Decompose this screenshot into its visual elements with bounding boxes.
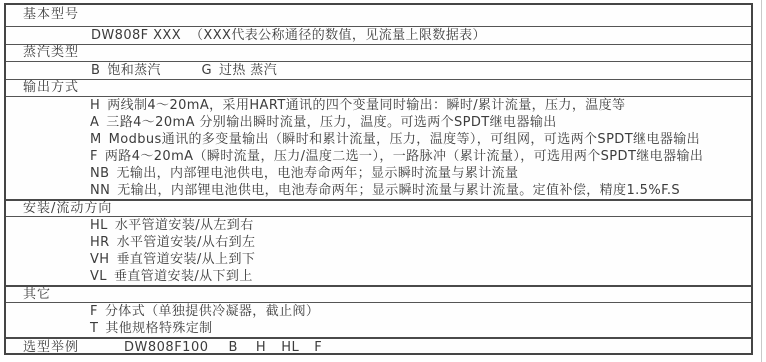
section-header-label: 输出方式	[23, 80, 79, 95]
option-desc: 过热 蒸汽	[219, 63, 277, 78]
steam-option: B饱和蒸汽	[91, 63, 161, 78]
other-option-row: F分体式（单独提供冷凝器，截止阀）	[6, 303, 751, 320]
other-options-block: F分体式（单独提供冷凝器，截止阀） T其他规格特殊定制	[6, 303, 751, 337]
example-part: H	[256, 341, 266, 354]
installation-option-row: HL水平管道安装/从左到右	[6, 217, 751, 234]
option-desc: 三路4～20mA 分别输出瞬时流量，压力，温度。可选两个SPDT继电器输出	[106, 115, 556, 130]
option-desc: 两线制4～20mA，采用HART通讯的四个变量同时输出：瞬时/累计流量，压力，温…	[107, 98, 625, 113]
model-selection-table: 基本型号 DW808F XXX（XXX代表公称通径的数值，见流量上限数据表） 蒸…	[4, 3, 753, 355]
example-label: 选型举例	[23, 341, 79, 354]
section-header-output-mode: 输出方式	[6, 80, 751, 97]
basic-model-row: DW808F XXX（XXX代表公称通径的数值，见流量上限数据表）	[6, 27, 751, 45]
option-code: NN	[90, 183, 110, 198]
example-part: F	[314, 341, 322, 354]
scan-edge-line	[761, 0, 762, 362]
section-header-label: 蒸汽类型	[23, 45, 79, 60]
option-desc: 无输出，内部锂电池供电，电池寿命两年；显示瞬时流量与累计流量。定值补偿，精度1.…	[117, 183, 680, 198]
installation-option-row: VL垂直管道安装/从下到上	[6, 268, 751, 285]
option-desc: 水平管道安装/从左到右	[115, 218, 254, 233]
example-part: DW808F100	[124, 341, 208, 354]
output-option-row: H两线制4～20mA，采用HART通讯的四个变量同时输出：瞬时/累计流量，压力，…	[6, 97, 751, 114]
other-option-row: T其他规格特殊定制	[6, 320, 751, 337]
datasheet-page: 基本型号 DW808F XXX（XXX代表公称通径的数值，见流量上限数据表） 蒸…	[0, 0, 766, 362]
option-code: HR	[90, 235, 110, 250]
steam-option: G过热 蒸汽	[201, 63, 277, 78]
example-row: 选型举例 DW808F100 B H HL F	[6, 337, 751, 355]
section-header-installation: 安装/流动方向	[6, 199, 751, 217]
option-desc: 垂直管道安装/从下到上	[114, 269, 253, 284]
option-desc: 两路4～20mA（瞬时流量，压力/温度二选一），一路脉冲（累计流量），可选用两个…	[105, 149, 703, 164]
example-part: HL	[281, 341, 299, 354]
option-desc: 垂直管道安装/从上到下	[116, 252, 255, 267]
option-code: H	[90, 98, 100, 113]
installation-options-block: HL水平管道安装/从左到右 HR水平管道安装/从右到左 VH垂直管道安装/从上到…	[6, 217, 751, 285]
option-code: VH	[90, 252, 109, 267]
option-code: T	[90, 321, 98, 336]
option-code: HL	[90, 218, 108, 233]
example-part: B	[228, 341, 237, 354]
option-code: F	[90, 149, 98, 164]
model-note: （XXX代表公称通径的数值，见流量上限数据表）	[190, 28, 486, 43]
option-desc: 分体式（单独提供冷凝器，截止阀）	[105, 304, 319, 319]
option-desc: Modbus通讯的多变量输出（瞬时和累计流量，压力，温度等），可组网，可选两个S…	[109, 132, 700, 147]
output-option-row: NN无输出，内部锂电池供电，电池寿命两年；显示瞬时流量与累计流量。定值补偿，精度…	[6, 182, 751, 199]
output-option-row: F两路4～20mA（瞬时流量，压力/温度二选一），一路脉冲（累计流量），可选用两…	[6, 148, 751, 165]
option-code: VL	[90, 269, 107, 284]
section-header-steam-type: 蒸汽类型	[6, 45, 751, 62]
option-desc: 其他规格特殊定制	[105, 321, 212, 336]
installation-option-row: HR水平管道安装/从右到左	[6, 234, 751, 251]
option-code: A	[90, 115, 99, 130]
option-desc: 无输出，内部锂电池供电，电池寿命两年；显示瞬时流量与累计流量	[116, 166, 518, 181]
steam-options-row: B饱和蒸汽 G过热 蒸汽	[6, 62, 751, 80]
section-header-basic-model: 基本型号	[6, 5, 751, 27]
section-header-label: 基本型号	[23, 7, 79, 22]
option-desc: 饱和蒸汽	[107, 63, 161, 78]
model-code: DW808F XXX	[91, 28, 181, 43]
option-code: F	[90, 304, 98, 319]
output-option-row: NB无输出，内部锂电池供电，电池寿命两年；显示瞬时流量与累计流量	[6, 165, 751, 182]
option-code: NB	[90, 166, 109, 181]
installation-option-row: VH垂直管道安装/从上到下	[6, 251, 751, 268]
section-header-other: 其它	[6, 285, 751, 303]
section-header-label: 安装/流动方向	[23, 201, 112, 216]
option-code: G	[201, 63, 211, 78]
output-option-row: MModbus通讯的多变量输出（瞬时和累计流量，压力，温度等），可组网，可选两个…	[6, 131, 751, 148]
option-desc: 水平管道安装/从右到左	[117, 235, 256, 250]
option-code: B	[91, 63, 100, 78]
option-code: M	[90, 132, 102, 147]
section-header-label: 其它	[23, 287, 51, 302]
output-option-row: A三路4～20mA 分别输出瞬时流量，压力，温度。可选两个SPDT继电器输出	[6, 114, 751, 131]
output-options-block: H两线制4～20mA，采用HART通讯的四个变量同时输出：瞬时/累计流量，压力，…	[6, 97, 751, 199]
